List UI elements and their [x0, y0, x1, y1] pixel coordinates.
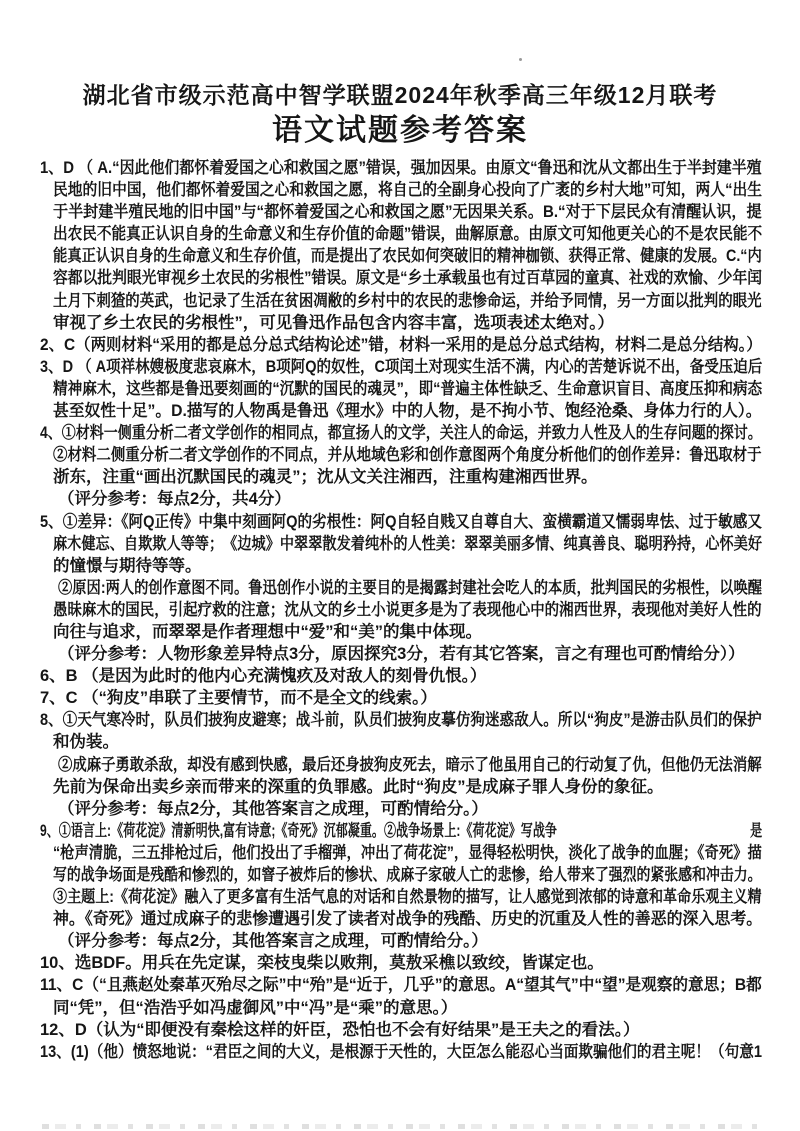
answer-line: 4、①材料一侧重分析二者文学创作的相同点，都宣扬人的文学，关注人的命运，并致力人… [40, 422, 653, 444]
answer-line: 8、①天气寒冷时，队员们披狗皮避寒；战斗前，队员们披狗皮摹仿狗迷惑敌人。所以“狗… [40, 709, 677, 731]
paper-title: 语文试题参考答案 [0, 112, 800, 150]
answer-line: 神。《奇死》通过成麻子的悲惨遭遇引发了读者对战争的残酷、历史的沉重及人性的善恶的… [53, 908, 738, 930]
answer-line: 和伪装。 [53, 731, 762, 753]
answer-line: （评分参考：每点2分，共4分） [58, 488, 762, 510]
answer-line: 3、D （ A项祥林嫂极度悲哀麻木，B项阿Q的奴性，C项闰土对现实生活不满，内心… [40, 356, 675, 378]
answer-line: 的憧憬与期待等等。 [53, 555, 762, 577]
answer-line: “枪声清脆，三五排枪过后，他们投出了手榴弹，冲出了荷花淀”，显得轻松明快，淡化了… [53, 842, 668, 864]
answer-line: 能真正认识自身的生命意义和生存价值，而是提出了农民如何突破旧的精神枷锁、获得正常… [53, 245, 668, 267]
answer-line: 于半封建半殖民地的旧中国”与“都怀着爱国之心和救国之愿”无因果关系。B.“对于下… [53, 201, 701, 223]
answer-line: （评分参考：人物形象差异特点3分，原因探究3分，若有其它答案，言之有理也可酌情给… [58, 643, 762, 665]
answer-line: 精神麻木，这些都是鲁迅要刻画的“沉默的国民的魂灵”，即“普遍主体性缺乏、生命意识… [53, 378, 681, 400]
answer-line: 出农民不能真正认识自身的生命意义和生存价值的命题”错误，曲解原意。由原文可知他更… [53, 223, 681, 245]
answer-line: 先前为保命出卖乡亲而带来的深重的负罪感。此时“狗皮”是成麻子罪人身份的象征。 [53, 776, 762, 798]
answer-line: 1、D （ A.“因此他们都怀着爱国之心和救国之愿”错误，强加因果。由原文“鲁迅… [40, 157, 693, 179]
answer-line: 同“凭”，但“浩浩乎如冯虚御风”中“冯”是“乘”的意思。） [53, 997, 762, 1019]
answer-line: 7、C （“狗皮”串联了主要情节，而不是全文的线索。） [40, 687, 762, 709]
answer-line: 5、①差异：《阿Q正传》中集中刻画阿Q的劣根性：阿Q自轻自贱又自尊自大、蛮横霸道… [40, 511, 680, 533]
answer-line: 容都以批判眼光审视乡土农民的劣根性”错误。原文是“乡土承载虽也有过百草园的童真、… [53, 267, 688, 289]
answer-line: 13、(1)（他）愤怒地说：“君臣之间的大义，是根源于天性的，大臣怎么能忍心当面… [40, 1041, 680, 1063]
answer-line: 民地的旧中国，他们都怀着爱国之心和救国之愿，将自己的全副身心投向了广袤的乡村大地… [53, 179, 688, 201]
answer-line: 11、C（“且燕赵处秦革灭殆尽之际”中“殆”是“近于，几乎”的意思。A“望其气”… [40, 974, 723, 996]
answer-line: ③主题上:《荷花淀》融入了更多富有生活气息的对话和自然景物的描写，让人感觉到浓郁… [53, 886, 658, 908]
cut-off-next-page-line [42, 1124, 758, 1129]
answer-line: 甚至奴性十足”。D.描写的人物禹是鲁迅《理水》中的人物，是不拘小节、饱经沧桑、身… [53, 400, 730, 422]
exam-title: 湖北省市级示范高中智学联盟2024年秋季高三年级12月联考 [0, 0, 800, 108]
answer-line: 12、D（认为“即便没有秦桧这样的奸臣，恐怕也不会有好结果”是王夫之的看法。） [40, 1019, 762, 1041]
answer-line: 10、选BDF。用兵在先定谋，栾枝曳柴以败荆，莫敖采樵以致绞，皆谋定也。 [40, 952, 762, 974]
answer-line: 愚昧麻木的国民，引起疗救的注意；沈从文的乡土小说更多是为了表现他心中的湘西世界，… [53, 599, 674, 621]
scan-artifact-dot [519, 58, 522, 61]
answer-line: （评分参考：每点2分，其他答案言之成理，可酌情给分。） [58, 798, 762, 820]
answer-line: ②成麻子勇敢杀敌，却没有感到快感，最后还身披狗皮死去，暗示了他虽用自己的行动复了… [58, 754, 671, 776]
answer-line: 9、①语言上:《荷花淀》清新明快,富有诗意;《奇死》沉郁凝重。②战争场景上:《荷… [40, 820, 568, 842]
answer-line: 浙东，注重“画出沉默国民的魂灵”；沈从文关注湘西，注重构建湘西世界。 [53, 466, 762, 488]
answer-line: 审视了乡土农民的劣根性”，可见鲁迅作品包含内容丰富，选项表述太绝对。） [53, 312, 762, 334]
answer-line: 向往与追求，而翠翠是作者理想中“爱”和“美”的集中体现。 [53, 621, 762, 643]
answer-line: ②原因:两人的创作意图不同。鲁迅创作小说的主要目的是揭露封建社会吃人的本质，批判… [58, 577, 667, 599]
answer-line: ②材料二侧重分析二者文学创作的不同点，并从地域色彩和创作意图两个角度分析他们的创… [53, 444, 674, 466]
answer-line: 土月下刺猹的英武，也记录了生活在贫困凋敝的乡村中的农民的悲惨命运，并给予同情，另… [53, 290, 674, 312]
answer-line: 2、C（两则材料“采用的都是总分总式结构论述”错，材料一采用的是总分总式结构，材… [40, 334, 715, 356]
answer-line: 写的战争场面是残酷和惨烈的，如窨子被炸后的惨状、成麻子家破人亡的悲惨，给人带来了… [53, 864, 650, 886]
answers-list: 1、D （ A.“因此他们都怀着爱国之心和救国之愿”错误，强加因果。由原文“鲁迅… [40, 157, 762, 1063]
answer-line: 6、B （是因为此时的他内心充满愧疚及对敌人的刻骨仇恨。） [40, 665, 762, 687]
answer-line: （评分参考：每点2分，其他答案言之成理，可酌情给分。） [58, 930, 762, 952]
answer-sheet-page: 湖北省市级示范高中智学联盟2024年秋季高三年级12月联考 语文试题参考答案 1… [0, 0, 800, 1131]
answer-line: 麻木健忘、自欺欺人等等； 《边城》中翠翠散发着纯朴的人性美：翠翠美丽多情、纯真善… [53, 533, 662, 555]
